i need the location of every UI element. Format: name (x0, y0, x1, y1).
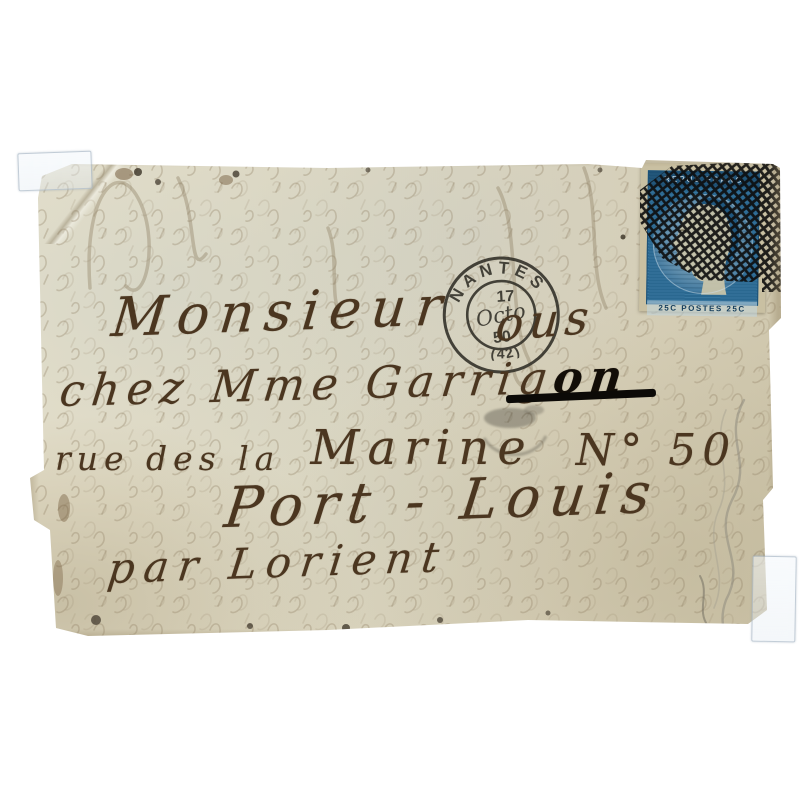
letter-sheet: NANTES (42) 17 Octo 50 Monsieur ous chez… (28, 158, 784, 642)
chez-word: chez (57, 363, 193, 418)
mount-corner-tab-bottomright (751, 556, 796, 643)
address-line-monsieur: Monsieur (109, 274, 456, 349)
address-line1-name-partial: ous (494, 289, 597, 352)
grid-cancellation (632, 162, 788, 312)
address-line-routing: par Lorient (105, 532, 451, 593)
rue-words: rue des la (55, 439, 280, 478)
mme-word: Mme (208, 358, 348, 413)
photo-of-letter: NANTES (42) 17 Octo 50 Monsieur ous chez… (0, 0, 800, 800)
mount-corner-tab-topleft (17, 151, 92, 192)
